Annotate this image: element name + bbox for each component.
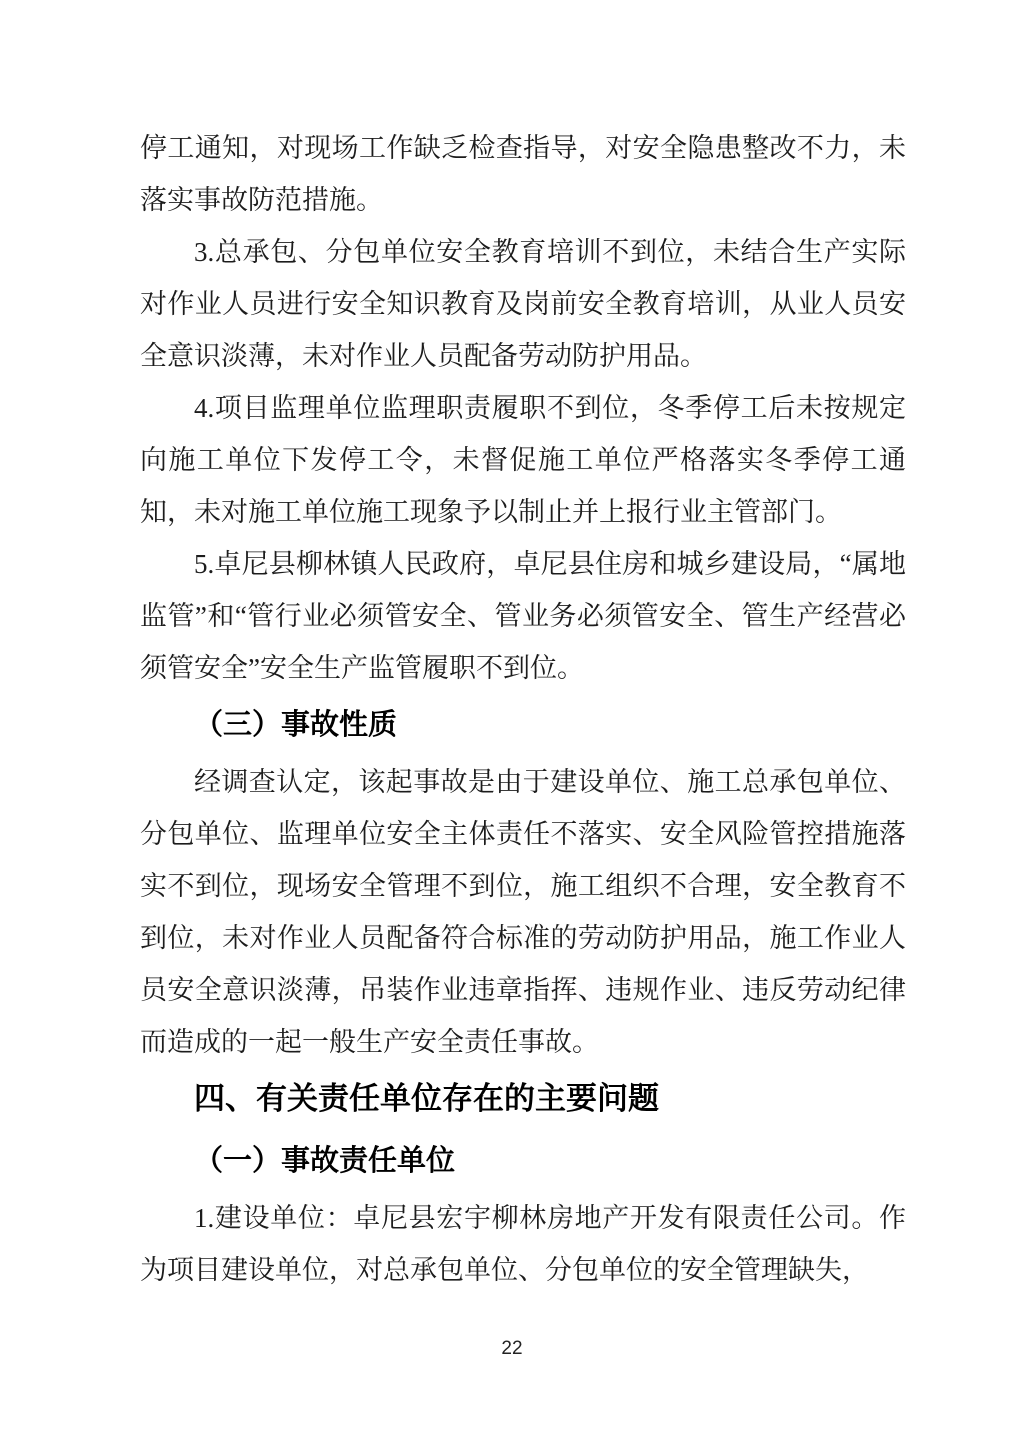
page-number: 22 [0, 1338, 1024, 1360]
heading-section-4-main-problems: 四、有关责任单位存在的主要问题 [140, 1068, 906, 1130]
heading-responsible-units: （一）事故责任单位 [140, 1130, 906, 1192]
heading-accident-nature: （三）事故性质 [140, 694, 906, 756]
paragraph-item-4: 4.项目监理单位监理职责履职不到位，冬季停工后未按规定向施工单位下发停工令，未督… [140, 382, 906, 538]
paragraph-construction-unit: 1.建设单位：卓尼县宏宇柳林房地产开发有限责任公司。作为项目建设单位，对总承包单… [140, 1192, 906, 1296]
paragraph-item-3: 3.总承包、分包单位安全教育培训不到位，未结合生产实际对作业人员进行安全知识教育… [140, 226, 906, 382]
document-text-area: 停工通知，对现场工作缺乏检查指导，对安全隐患整改不力，未落实事故防范措施。 3.… [140, 122, 906, 1296]
paragraph-item-5: 5.卓尼县柳林镇人民政府，卓尼县住房和城乡建设局，“属地监管”和“管行业必须管安… [140, 538, 906, 694]
paragraph-accident-nature: 经调查认定，该起事故是由于建设单位、施工总承包单位、分包单位、监理单位安全主体责… [140, 756, 906, 1068]
paragraph-continuation: 停工通知，对现场工作缺乏检查指导，对安全隐患整改不力，未落实事故防范措施。 [140, 122, 906, 226]
document-page: 停工通知，对现场工作缺乏检查指导，对安全隐患整改不力，未落实事故防范措施。 3.… [0, 0, 1024, 1448]
